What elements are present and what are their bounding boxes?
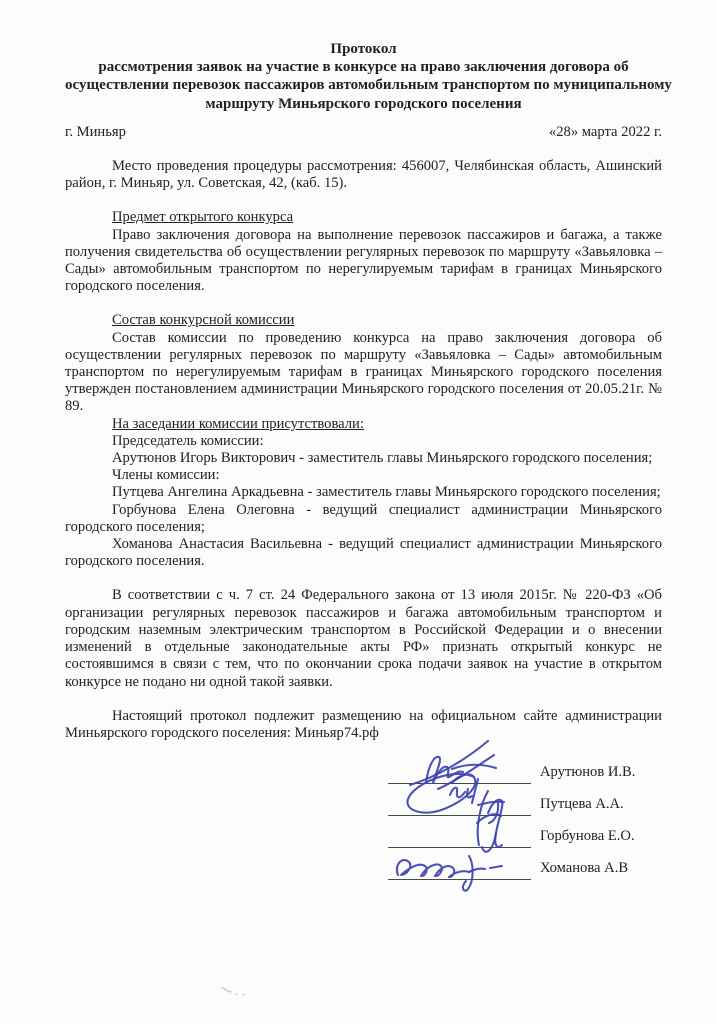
members-label: Члены комиссии:: [65, 467, 662, 484]
commission-paragraph: Состав комиссии по проведению конкурса н…: [65, 330, 662, 416]
title-line-1: Протокол: [65, 40, 662, 58]
signature-row: Хоманова А.В: [388, 850, 662, 880]
decision-paragraph: В соответствии с ч. 7 ст. 24 Федеральног…: [65, 587, 662, 690]
document-title: Протокол рассмотрения заявок на участие …: [65, 40, 662, 113]
chairman-entry: Арутюнов Игорь Викторович - заместитель …: [65, 450, 662, 467]
attendees-heading: На заседании комиссии присутствовали:: [65, 416, 662, 433]
member-entry: Путцева Ангелина Аркадьевна - заместител…: [65, 484, 662, 501]
publication-paragraph: Настоящий протокол подлежит размещению н…: [65, 708, 662, 742]
date-label: «28» марта 2022 г.: [549, 124, 662, 141]
scan-smudge: [220, 984, 254, 996]
signature-row: Горбунова Е.О.: [388, 818, 662, 848]
signatory-name: Путцева А.А.: [540, 796, 624, 816]
member-entry: Горбунова Елена Олеговна - ведущий специ…: [65, 502, 662, 536]
location-paragraph: Место проведения процедуры рассмотрения:…: [65, 158, 662, 192]
subject-paragraph: Право заключения договора на выполнение …: [65, 227, 662, 296]
title-line-2: рассмотрения заявок на участие в конкурс…: [65, 58, 662, 76]
subject-heading: Предмет открытого конкурса: [65, 209, 662, 226]
signature-row: Путцева А.А.: [388, 786, 662, 816]
signature-line: [388, 817, 531, 848]
signature-line: [388, 785, 531, 816]
place-label: г. Миньяр: [65, 124, 126, 141]
signature-line: [388, 753, 531, 784]
chairman-label: Председатель комиссии:: [65, 433, 662, 450]
commission-heading: Состав конкурсной комиссии: [65, 312, 662, 329]
signatures-block: Арутюнов И.В. Путцева А.А.: [388, 754, 662, 880]
signatory-name: Арутюнов И.В.: [540, 764, 635, 784]
signature-line: [388, 849, 531, 880]
title-line-3: осуществлении перевозок пассажиров автом…: [65, 76, 662, 94]
member-entry: Хоманова Анастасия Васильевна - ведущий …: [65, 536, 662, 570]
scanned-protocol-page: Протокол рассмотрения заявок на участие …: [0, 0, 717, 1024]
signature-row: Арутюнов И.В.: [388, 754, 662, 784]
title-line-4: маршруту Миньярского городского поселени…: [65, 95, 662, 113]
signatory-name: Хоманова А.В: [540, 860, 628, 880]
document-content: Протокол рассмотрения заявок на участие …: [65, 40, 662, 882]
place-date-row: г. Миньяр «28» марта 2022 г.: [65, 124, 662, 141]
signatory-name: Горбунова Е.О.: [540, 828, 635, 848]
